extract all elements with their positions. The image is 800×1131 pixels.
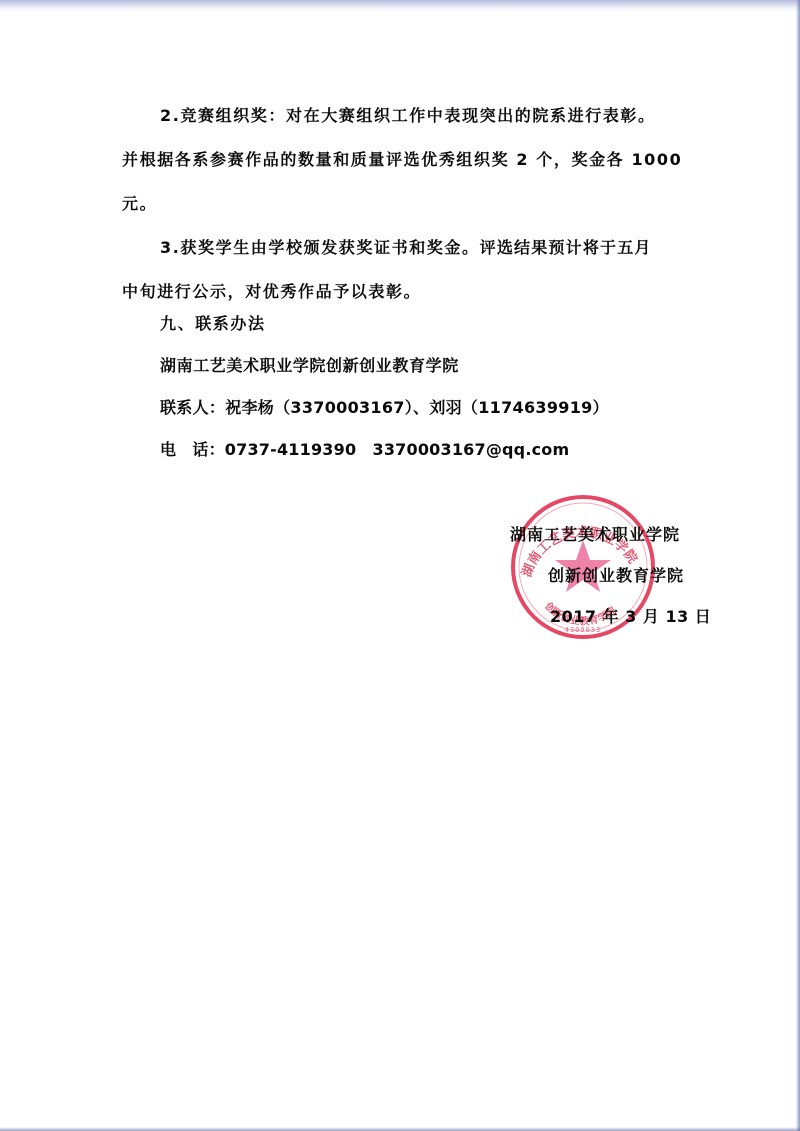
section-heading: 九、联系办法: [160, 314, 266, 334]
signature-organization: 湖南工艺美术职业学院: [510, 525, 680, 545]
paragraph-3-bold-lead: 3.获奖学生由学校颁发获奖证书和奖金。: [160, 238, 480, 257]
scan-edge-bottom: [0, 1127, 800, 1131]
contact-phone-email: 电 话：0737-4119390 3370003167@qq.com: [160, 440, 569, 460]
contact-organization: 湖南工艺美术职业学院创新创业教育学院: [160, 356, 459, 376]
paragraph-3-line-1: 3.获奖学生由学校颁发获奖证书和奖金。评选结果预计将于五月: [160, 238, 652, 258]
paragraph-2-line-1: 2.竞赛组织奖：对在大赛组织工作中表现突出的院系进行表彰。: [160, 106, 656, 126]
stamp-number: 4309033: [565, 626, 602, 634]
paragraph-2-line-3: 元。: [122, 194, 157, 214]
scan-edge-top: [0, 0, 800, 12]
signature-department: 创新创业教育学院: [548, 566, 684, 586]
signature-date: 2017 年 3 月 13 日: [550, 607, 711, 627]
scan-edge-right: [796, 0, 800, 1131]
contact-persons: 联系人：祝李杨（3370003167）、刘羽（1174639919）: [160, 398, 609, 418]
paragraph-3-line-2: 中旬进行公示，对优秀作品予以表彰。: [122, 282, 421, 302]
paragraph-2-line-2: 并根据各系参赛作品的数量和质量评选优秀组织奖 2 个，奖金各 1000: [122, 150, 682, 170]
paragraph-3-rest: 评选结果预计将于五月: [480, 238, 652, 257]
